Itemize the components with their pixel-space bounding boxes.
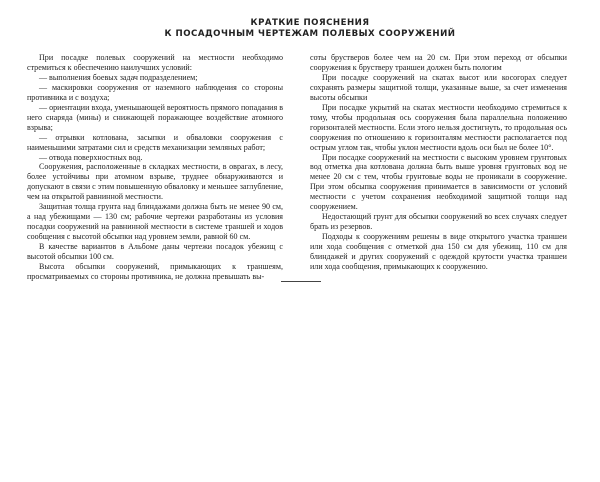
paragraph: При посадке полевых сооружений на местно… [27,53,283,73]
paragraph: При посадке сооружений на местности с вы… [310,153,567,213]
title-line-2: К ПОСАДОЧНЫМ ЧЕРТЕЖАМ ПОЛЕВЫХ СООРУЖЕНИЙ [0,29,600,40]
list-item: — маскировки сооружения от наземного наб… [27,83,283,103]
list-item: — отвода поверхностных вод. [27,153,283,163]
paragraph: Недостающий грунт для обсыпки сооружений… [310,212,567,232]
paragraph: соты брустверов более чем на 20 см. При … [310,53,567,73]
document-page: КРАТКИЕ ПОЯСНЕНИЯ К ПОСАДОЧНЫМ ЧЕРТЕЖАМ … [0,0,600,482]
paragraph: В качестве вариантов в Альбоме даны черт… [27,242,283,262]
list-item: — выполнения боевых задач подразделением… [27,73,283,83]
paragraph: Сооружения, расположенные в складках мес… [27,162,283,202]
paragraph: Защитная толща грунта над блиндажами дол… [27,202,283,242]
paragraph: При посадке сооружений на скатах высот и… [310,73,567,103]
left-column: При посадке полевых сооружений на местно… [27,53,283,282]
list-item: — отрывки котлована, засыпки и обваловки… [27,133,283,153]
right-column: соты брустверов более чем на 20 см. При … [310,53,567,272]
list-item: — ориентации входа, уменьшающей вероятно… [27,103,283,133]
paragraph: При посадке укрытий на скатах местности … [310,103,567,153]
end-divider [281,281,321,282]
paragraph: Высота обсыпки сооружений, примыкающих к… [27,262,283,282]
title-line-1: КРАТКИЕ ПОЯСНЕНИЯ [0,18,600,29]
page-title: КРАТКИЕ ПОЯСНЕНИЯ К ПОСАДОЧНЫМ ЧЕРТЕЖАМ … [0,18,600,40]
paragraph: Подходы к сооружениям решены в виде откр… [310,232,567,272]
